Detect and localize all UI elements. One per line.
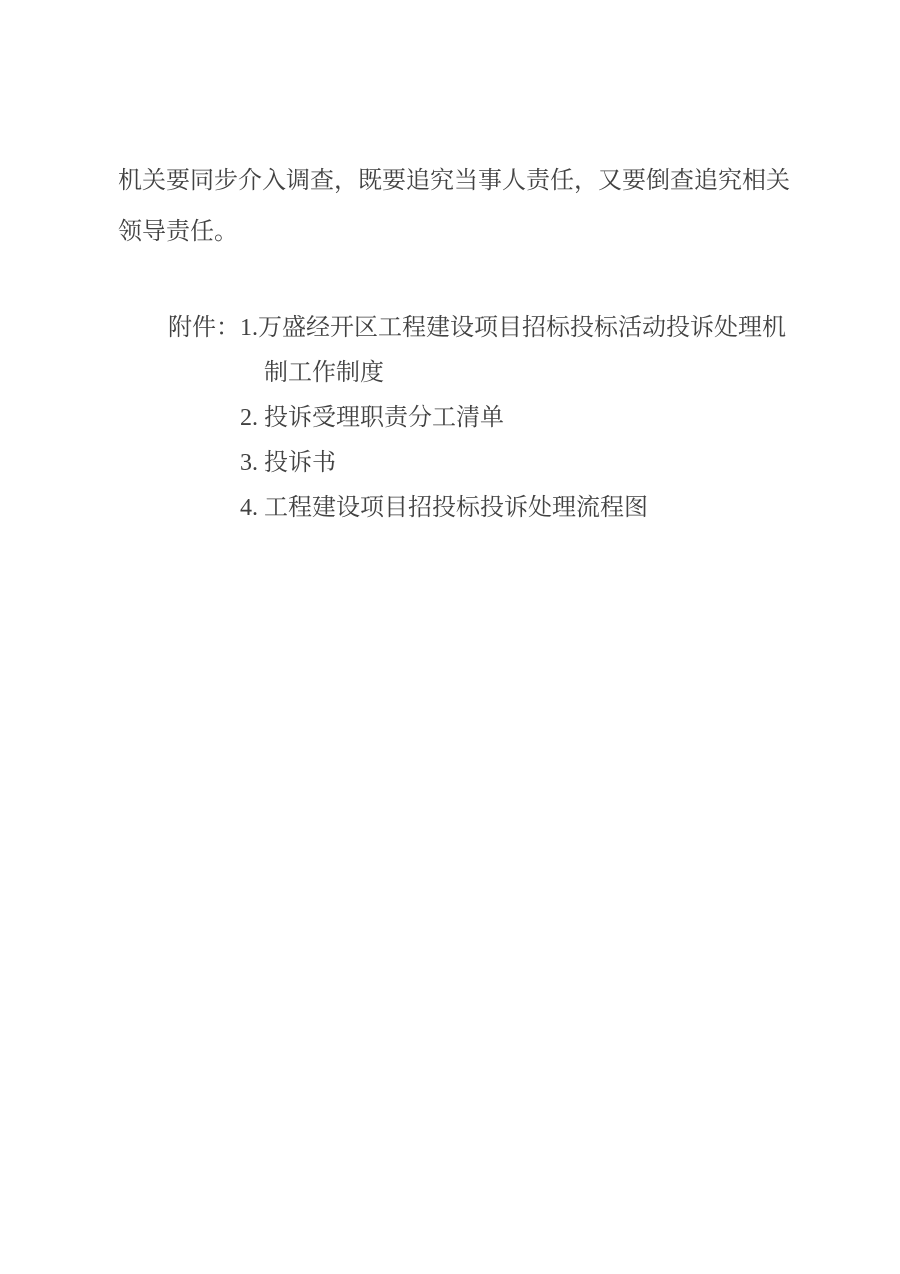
- attachments-label: 附件：: [168, 306, 240, 351]
- attachments-section: 附件： 1.万盛经开区工程建设项目招标投标活动投诉处理机制工作制度 2. 投诉受…: [168, 306, 792, 531]
- attachment-item-3: 3. 投诉书: [240, 441, 792, 486]
- attachments-list: 1.万盛经开区工程建设项目招标投标活动投诉处理机制工作制度 2. 投诉受理职责分…: [240, 306, 792, 531]
- body-paragraph: 机关要同步介入调查，既要追究当事人责任，又要倒查追究相关 领导责任。: [118, 156, 790, 258]
- paragraph-line-2: 领导责任。: [118, 207, 790, 258]
- paragraph-line-1: 机关要同步介入调查，既要追究当事人责任，又要倒查追究相关: [118, 156, 790, 207]
- document-page: 机关要同步介入调查，既要追究当事人责任，又要倒查追究相关 领导责任。 附件： 1…: [0, 0, 900, 1274]
- attachment-item-1: 1.万盛经开区工程建设项目招标投标活动投诉处理机制工作制度: [240, 306, 792, 396]
- attachment-item-2: 2. 投诉受理职责分工清单: [240, 396, 792, 441]
- attachment-item-4: 4. 工程建设项目招投标投诉处理流程图: [240, 486, 792, 531]
